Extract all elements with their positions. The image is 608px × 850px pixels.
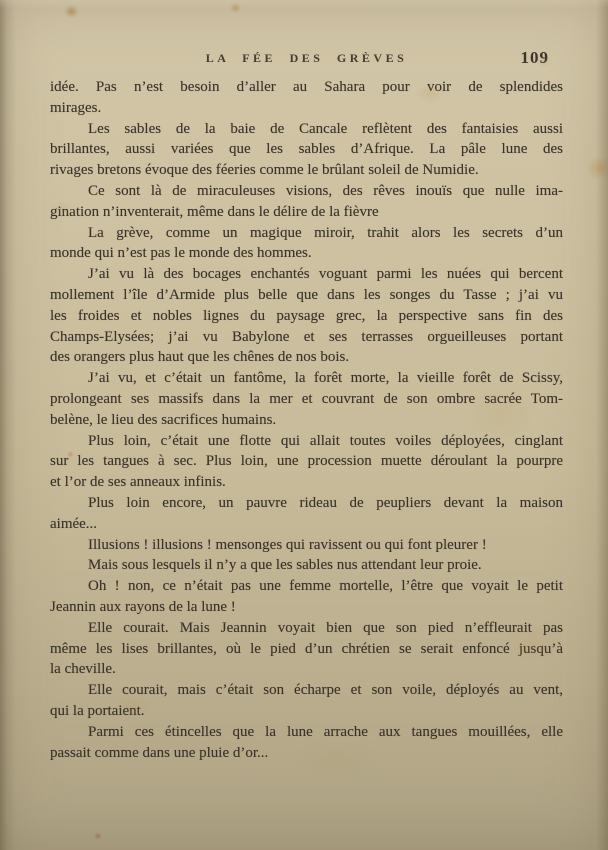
foxing-stain — [95, 833, 101, 839]
text-line: Elle courait. Mais Jeannin voyait bien q… — [50, 618, 563, 639]
text-line: Plus loin encore, un pauvre rideau de pe… — [50, 493, 563, 514]
text-line: rivages bretons évoque des féeries comme… — [50, 160, 563, 181]
text-line: et l’or de ses anneaux infinis. — [50, 472, 563, 493]
text-line: monde qui n’est pas le monde des hommes. — [50, 243, 563, 264]
text-line: prolongeant ses massifs dans la mer et c… — [50, 389, 563, 410]
text-line: Mais sous lesquels il n’y a que les sabl… — [50, 555, 563, 576]
text-line: mollement l’île d’Armide plus belle que … — [50, 285, 563, 306]
page-number: 109 — [521, 48, 550, 68]
text-line: mirages. — [50, 98, 563, 119]
text-line: J’ai vu, et c’était un fantôme, la forêt… — [50, 368, 563, 389]
text-line: Les sables de la baie de Cancale reflète… — [50, 119, 563, 140]
text-line: Oh ! non, ce n’était pas une femme morte… — [50, 576, 563, 597]
text-line: la cheville. — [50, 659, 563, 680]
text-line: idée. Pas n’est besoin d’aller au Sahara… — [50, 77, 563, 98]
text-line: Champs-Elysées; j’ai vu Babylone et ses … — [50, 327, 563, 348]
text-line: La grève, comme un magique miroir, trahi… — [50, 223, 563, 244]
text-line: aimée... — [50, 514, 563, 535]
text-line: gination n’inventerait, même dans le dél… — [50, 202, 563, 223]
text-line: Plus loin, c’était une flotte qui allait… — [50, 431, 563, 452]
book-page-scan: LA FÉE DES GRÈVES 109 idée. Pas n’est be… — [0, 0, 608, 850]
page-edge-highlight-top — [0, 0, 608, 8]
text-line: Elle courait, mais c’était son écharpe e… — [50, 680, 563, 701]
page-edge-shadow-left — [0, 0, 16, 850]
foxing-stain — [586, 156, 608, 180]
text-line: brillantes, aussi variées que les sables… — [50, 139, 563, 160]
foxing-stain — [64, 5, 79, 18]
text-line: Illusions ! illusions ! mensonges qui ra… — [50, 535, 563, 556]
text-line: Ce sont là de miraculeuses visions, des … — [50, 181, 563, 202]
page-edge-shadow-right — [596, 0, 608, 850]
text-line: J’ai vu là des bocages enchantés voguant… — [50, 264, 563, 285]
text-line: qui la portaient. — [50, 701, 563, 722]
text-line: sur les tangues à sec. Plus loin, une pr… — [50, 451, 563, 472]
text-line: Jeannin aux rayons de la lune ! — [50, 597, 563, 618]
foxing-stain — [230, 3, 241, 13]
text-line: belène, le lieu des sacrifices humains. — [50, 410, 563, 431]
text-line: Parmi ces étincelles que la lune arrache… — [50, 722, 563, 743]
text-line: des orangers plus haut que les chênes de… — [50, 347, 563, 368]
text-line: passait comme dans une pluie d’or... — [50, 743, 563, 764]
running-header: LA FÉE DES GRÈVES 109 — [50, 48, 563, 70]
text-line: même les lises brillantes, où le pied d’… — [50, 639, 563, 660]
text-line: les froides et nobles lignes du paysage … — [50, 306, 563, 327]
running-title: LA FÉE DES GRÈVES — [50, 51, 563, 66]
page-body-text: idée. Pas n’est besoin d’aller au Sahara… — [50, 77, 563, 763]
